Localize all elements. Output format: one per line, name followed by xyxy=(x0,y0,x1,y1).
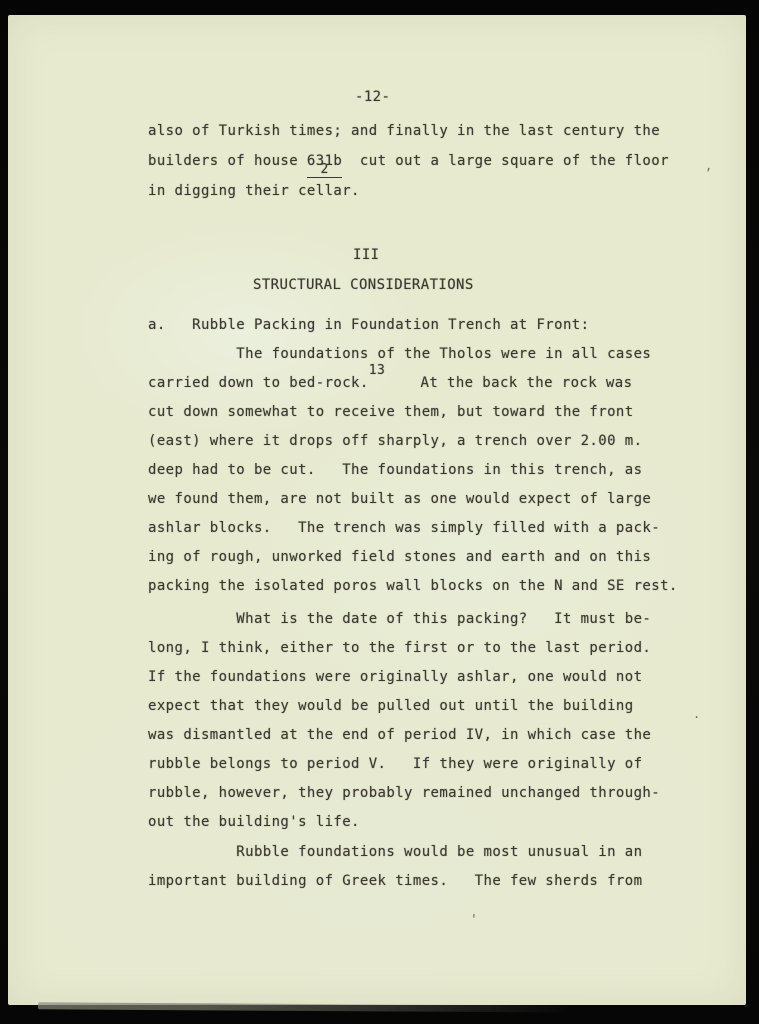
text-line: we found them, are not built as one woul… xyxy=(148,485,678,514)
text-line: ashlar blocks. The trench was simply fil… xyxy=(148,514,678,543)
text-line: out the building's life. xyxy=(148,808,660,837)
text-line: If the foundations were originally ashla… xyxy=(148,663,660,692)
fraction-denominator: 2 xyxy=(320,163,328,176)
text-line: in digging their cellar. xyxy=(148,176,669,206)
text-segment: builders of house xyxy=(148,153,307,169)
text-line: long, I think, either to the first or to… xyxy=(148,634,660,663)
section-numeral: III xyxy=(353,241,380,270)
text-line: expect that they would be pulled out unt… xyxy=(148,692,660,721)
text-line: What is the date of this packing? It mus… xyxy=(148,605,660,634)
stray-ink-mark: . xyxy=(693,707,700,721)
footnote-reference-13: 13 xyxy=(369,363,385,378)
text-line: was dismantled at the end of period IV, … xyxy=(148,721,660,750)
paragraph-foundations: The foundations of the Tholos were in al… xyxy=(148,340,678,601)
paper-edge-highlight xyxy=(38,1002,598,1012)
text-line: The foundations of the Tholos were in al… xyxy=(148,340,678,369)
text-line: important building of Greek times. The f… xyxy=(148,867,642,896)
text-segment: At the back the rock was xyxy=(385,375,632,391)
paragraph-rubble-foundations: Rubble foundations would be most unusual… xyxy=(148,838,642,896)
page-number: -12- xyxy=(355,83,390,112)
text-line: rubble belongs to period V. If they were… xyxy=(148,750,660,779)
section-title: STRUCTURAL CONSIDERATIONS xyxy=(253,271,474,300)
paragraph-packing-date: What is the date of this packing? It mus… xyxy=(148,605,660,837)
document-page: -12- also of Turkish times; and finally … xyxy=(8,15,746,1005)
subsection-heading: a. Rubble Packing in Foundation Trench a… xyxy=(148,311,589,340)
text-line: also of Turkish times; and finally in th… xyxy=(148,116,669,146)
text-line: ing of rough, unworked field stones and … xyxy=(148,543,678,572)
stray-ink-mark: ' xyxy=(470,913,478,928)
house-number-fraction: 631b2 xyxy=(307,146,342,178)
text-line: deep had to be cut. The foundations in t… xyxy=(148,456,678,485)
text-line: Rubble foundations would be most unusual… xyxy=(148,838,642,867)
text-line: carried down to bed-rock.13 At the back … xyxy=(148,369,678,398)
scan-background: -12- also of Turkish times; and finally … xyxy=(0,0,759,1024)
text-line: packing the isolated poros wall blocks o… xyxy=(148,572,678,601)
stray-ink-mark: , xyxy=(705,159,712,173)
text-line: (east) where it drops off sharply, a tre… xyxy=(148,427,678,456)
text-line: cut down somewhat to receive them, but t… xyxy=(148,398,678,427)
text-line: builders of house 631b2 cut out a large … xyxy=(148,146,669,176)
text-segment: carried down to bed-rock. xyxy=(148,375,369,391)
intro-paragraph: also of Turkish times; and finally in th… xyxy=(148,116,669,206)
text-segment: cut out a large square of the floor xyxy=(342,153,669,169)
text-line: rubble, however, they probably remained … xyxy=(148,779,660,808)
